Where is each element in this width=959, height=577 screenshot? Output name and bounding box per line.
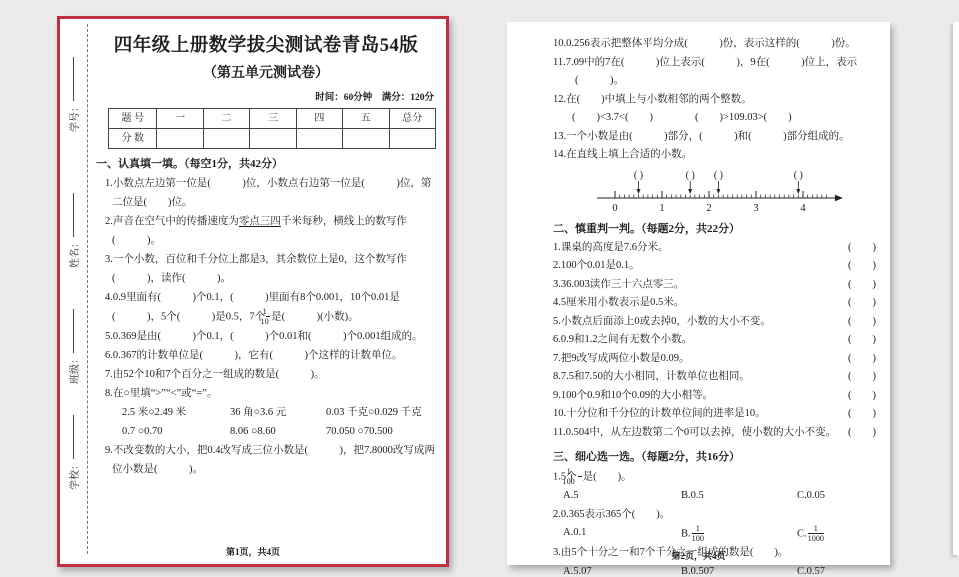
option-b: B.0.507: [681, 563, 797, 577]
svg-text:3: 3: [753, 203, 758, 214]
answer-parens: ( ): [840, 350, 876, 369]
comparison-row-1: 2.5 米○2.49 米 36 角○3.6 元 0.03 千克○0.029 千克: [96, 403, 436, 422]
school-field: 学校：: [66, 408, 80, 490]
answer-parens: ( ): [840, 276, 876, 295]
score-col: 四: [296, 109, 342, 129]
student-id-field: 学号：: [66, 50, 80, 132]
question-13: 13.一个小数是由( )部分，( )和( )部分组成的。: [553, 128, 876, 147]
underlined-text: 零点三四: [239, 216, 281, 227]
judgment-item-8: 8.7.5和7.50的大小相同，计数单位也相同。( ): [553, 368, 876, 387]
page-1-footer: 第1页，共4页: [60, 545, 446, 558]
judgment-text: 1.课桌的高度是7.6分米。: [553, 239, 840, 258]
question-9: 9.不改变数的大小，把0.4改写成三位小数是( )，把7.8000改写成两位小数…: [96, 441, 436, 479]
score-cell-empty: [203, 129, 249, 149]
option-b: B.0.5: [681, 487, 797, 506]
test-paper-page-1: 学号： 姓名： 班级： 学校： 四年级上册数学拔尖测试卷青岛54版 （第五单元测…: [57, 16, 449, 567]
fold-dashed-line: [87, 24, 88, 554]
class-label: 班级：: [66, 354, 81, 384]
score-table-score-row: 分 数: [109, 129, 436, 149]
judgment-item-7: 7.把9改写成两位小数是0.09。( ): [553, 350, 876, 369]
judgment-item-3: 3.36.003读作三十六点零三。( ): [553, 276, 876, 295]
judgment-text: 11.0.504中，从左边数第二个0可以去掉，使小数的大小不变。: [553, 424, 840, 443]
option-a: A.5.07: [563, 563, 681, 577]
paper-subtitle: （第五单元测试卷）: [96, 64, 436, 84]
next-page-edge: [953, 22, 959, 555]
score-table: 题 号 一 二 三 四 五 总分 分 数: [108, 108, 436, 149]
comparison-row-2: 0.7 ○0.70 8.06 ○8.60 70.050 ○70.500: [96, 422, 436, 441]
score-col: 二: [203, 109, 249, 129]
judgment-text: 7.把9改写成两位小数是0.09。: [553, 350, 840, 369]
score-cell-empty: [296, 129, 342, 149]
question-10: 10.0.256表示把整体平均分成( )份，表示这样的( )份。: [553, 35, 876, 54]
document-viewer-canvas: 学号： 姓名： 班级： 学校： 四年级上册数学拔尖测试卷青岛54版 （第五单元测…: [0, 0, 959, 577]
page-2-content: 10.0.256表示把整体平均分成( )份，表示这样的( )份。 11.7.09…: [553, 35, 876, 563]
question-3: 3.一个小数，百位和千分位上都是3，其余数位上是0，这个数写作( )，读作( )…: [96, 250, 436, 288]
question-14: 14.在直线上填上合适的小数。: [553, 146, 876, 165]
judgment-text: 9.100个0.9和10个0.09的大小相等。: [553, 387, 840, 406]
answer-parens: ( ): [840, 294, 876, 313]
section-2-heading: 二、慎重判一判。（每题2分，共22分）: [553, 219, 876, 239]
fraction: 1100: [578, 467, 582, 486]
score-col: 一: [157, 109, 203, 129]
choice-options-1: A.5 B.0.5 C.0.05: [553, 487, 876, 506]
judgment-text: 3.36.003读作三十六点零三。: [553, 276, 840, 295]
question-4: 4.0.9里面有( )个0.1，( )里面有8个0.001，10个0.01是( …: [96, 288, 436, 327]
time-score-info: 时间：60分钟 满分：120分: [96, 91, 436, 105]
choice-question-2: 2.0.365表示365个( )。: [553, 506, 876, 525]
answer-parens: ( ): [840, 368, 876, 387]
test-paper-page-2: 10.0.256表示把整体平均分成( )份，表示这样的( )份。 11.7.09…: [507, 22, 890, 565]
judgment-text: 2.100个0.01是0.1。: [553, 257, 840, 276]
student-name-field: 姓名：: [66, 186, 80, 268]
comparison-cell: 8.06 ○8.60: [230, 422, 326, 441]
judgment-item-2: 2.100个0.01是0.1。( ): [553, 257, 876, 276]
section-1-heading: 一、认真填一填。（每空1分，共42分）: [96, 154, 436, 174]
option-b: B.1100: [681, 524, 797, 544]
fill-line: [73, 415, 74, 459]
judgment-item-1: 1.课桌的高度是7.6分米。( ): [553, 239, 876, 258]
student-info-margin: 学号： 姓名： 班级： 学校：: [60, 19, 90, 564]
class-field: 班级：: [66, 302, 80, 384]
option-c: C.0.57: [797, 563, 876, 577]
judgment-text: 6.0.9和1.2之间有无数个小数。: [553, 331, 840, 350]
judgment-item-10: 10.十分位和千分位的计数单位间的进率是10。( ): [553, 405, 876, 424]
answer-parens: ( ): [840, 331, 876, 350]
score-col: 三: [250, 109, 296, 129]
comparison-cell: 2.5 米○2.49 米: [122, 403, 230, 422]
score-col: 五: [343, 109, 389, 129]
question-5: 5.0.369是由( )个0.1，( )个0.01和( )个0.001组成的。: [96, 327, 436, 346]
fraction: 1100: [692, 524, 704, 543]
answer-parens: ( ): [840, 257, 876, 276]
judgment-text: 8.7.5和7.50的大小相同，计数单位也相同。: [553, 368, 840, 387]
section-3-heading: 三、细心选一选。（每题2分，共16分）: [553, 447, 876, 467]
option-a: A.5: [563, 487, 681, 506]
answer-parens: ( ): [840, 405, 876, 424]
judgment-text: 10.十分位和千分位的计数单位间的进率是10。: [553, 405, 840, 424]
option-c: C.0.05: [797, 487, 876, 506]
fill-line: [73, 309, 74, 353]
fraction: 110: [266, 307, 270, 326]
answer-parens: ( ): [840, 424, 876, 443]
svg-text:( ): ( ): [686, 170, 695, 181]
paper-title: 四年级上册数学拔尖测试卷青岛54版: [96, 34, 436, 58]
svg-text:( ): ( ): [794, 170, 803, 181]
fill-line: [73, 193, 74, 237]
question-6: 6.0.367的计数单位是( )，它有( )个这样的计数单位。: [96, 346, 436, 365]
question-12: 12.在( )中填上与小数相邻的两个整数。: [553, 91, 876, 110]
score-cell-empty: [343, 129, 389, 149]
judgment-text: 4.5厘米用小数表示是0.5米。: [553, 294, 840, 313]
score-table-corner: 题 号: [109, 109, 157, 129]
svg-text:2: 2: [706, 203, 711, 214]
fraction: 11000: [808, 524, 824, 543]
score-row-label: 分 数: [109, 129, 157, 149]
judgment-text: 5.小数点后面添上0或去掉0，小数的大小不变。: [553, 313, 840, 332]
option-a: A.0.1: [563, 524, 681, 544]
svg-text:( ): ( ): [714, 170, 723, 181]
score-cell-empty: [389, 129, 435, 149]
choice-question-1: 1.5个1100是( )。: [553, 467, 876, 487]
score-col: 总分: [389, 109, 435, 129]
svg-text:0: 0: [612, 203, 617, 214]
svg-text:1: 1: [659, 203, 664, 214]
svg-text:( ): ( ): [634, 170, 643, 181]
judgment-item-6: 6.0.9和1.2之间有无数个小数。( ): [553, 331, 876, 350]
question-1: 1.小数点左边第一位是( )位，小数点右边第一位是( )位，第二位是( )位。: [96, 174, 436, 212]
fill-line: [73, 57, 74, 101]
question-12-blanks: ( )<3.7<( ) ( )>109.03>( ): [553, 109, 876, 128]
choice-options-2: A.0.1 B.1100 C.11000: [553, 524, 876, 544]
judgment-item-4: 4.5厘米用小数表示是0.5米。( ): [553, 294, 876, 313]
score-cell-empty: [250, 129, 296, 149]
comparison-cell: 0.03 千克○0.029 千克: [326, 403, 436, 422]
student-id-label: 学号：: [66, 102, 81, 132]
score-cell-empty: [157, 129, 203, 149]
comparison-cell: 0.7 ○0.70: [122, 422, 230, 441]
comparison-cell: 36 角○3.6 元: [230, 403, 326, 422]
answer-parens: ( ): [840, 387, 876, 406]
comparison-cell: 70.050 ○70.500: [326, 422, 436, 441]
option-c: C.11000: [797, 524, 876, 544]
question-7: 7.由52个10和7个百分之一组成的数是( )。: [96, 365, 436, 384]
number-line: 01234( )( )( )( ): [593, 168, 851, 214]
answer-parens: ( ): [840, 313, 876, 332]
svg-text:4: 4: [800, 203, 806, 214]
question-8: 8.在○里填“>”“<”或“=”。: [96, 384, 436, 403]
answer-parens: ( ): [840, 239, 876, 258]
school-label: 学校：: [66, 460, 81, 490]
student-name-label: 姓名：: [66, 238, 81, 268]
question-11: 11.7.09中的7在( )位上表示( )，9在( )位上，表示( )。: [553, 54, 876, 91]
question-2: 2.声音在空气中的传播速度为零点三四千米每秒，横线上的数写作( )。: [96, 212, 436, 250]
judgment-item-9: 9.100个0.9和10个0.09的大小相等。( ): [553, 387, 876, 406]
judgment-item-5: 5.小数点后面添上0或去掉0，小数的大小不变。( ): [553, 313, 876, 332]
judgment-item-11: 11.0.504中，从左边数第二个0可以去掉，使小数的大小不变。( ): [553, 424, 876, 443]
score-table-header-row: 题 号 一 二 三 四 五 总分: [109, 109, 436, 129]
choice-options-3: A.5.07 B.0.507 C.0.57: [553, 563, 876, 577]
page-2-footer: 第2页，共4页: [507, 549, 890, 562]
page-1-content: 四年级上册数学拔尖测试卷青岛54版 （第五单元测试卷） 时间：60分钟 满分：1…: [96, 25, 436, 560]
